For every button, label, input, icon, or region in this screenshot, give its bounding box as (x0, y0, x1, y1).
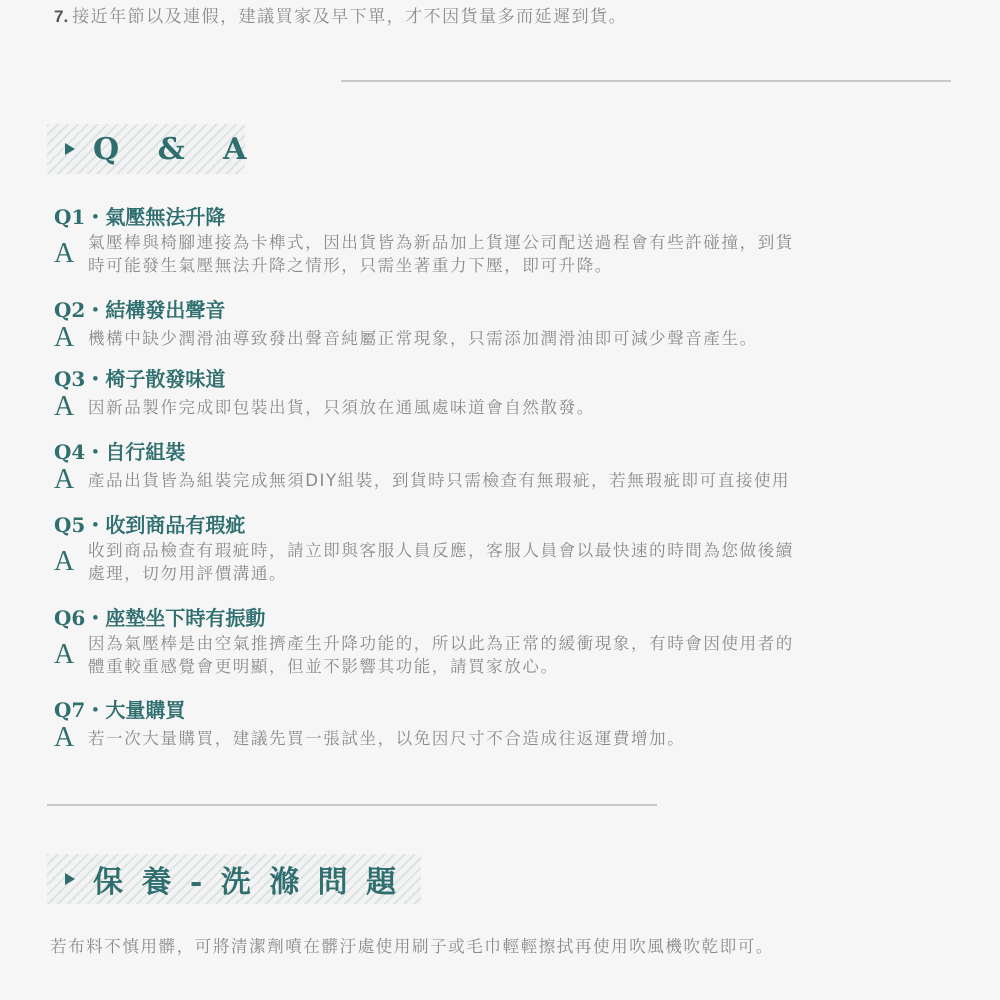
question: Q2・結構發出聲音 (54, 296, 974, 324)
question: Q3・椅子散發味道 (54, 365, 974, 393)
note-text: 接近年節以及連假，建議買家及早下單，才不因貨量多而延遲到貨。 (72, 7, 627, 27)
answer: A 因為氣壓棒是由空氣推擠產生升降功能的，所以此為正常的緩衝現象，有時會因使用者… (54, 632, 974, 678)
top-note: 7.接近年節以及連假，建議買家及早下單，才不因貨量多而延遲到貨。 (54, 2, 627, 27)
qa-item-4: Q4・自行組裝 A 產品出貨皆為組裝完成無須DIY組裝，到貨時只需檢查有無瑕疵，… (54, 438, 974, 494)
question: Q5・收到商品有瑕疵 (54, 511, 974, 539)
qa-title: Q & A (93, 132, 260, 167)
answer-label: A (54, 548, 88, 576)
answer-label: A (54, 240, 88, 268)
question: Q4・自行組裝 (54, 438, 974, 466)
question: Q6・座墊坐下時有振動 (54, 604, 974, 632)
answer-label: A (54, 466, 88, 494)
qa-item-5: Q5・收到商品有瑕疵 A 收到商品檢查有瑕疵時，請立即與客服人員反應，客服人員會… (54, 511, 974, 585)
answer-text: 因新品製作完成即包裝出貨，只須放在通風處味道會自然散發。 (88, 396, 595, 419)
answer-text: 機構中缺少潤滑油導致發出聲音純屬正常現象，只需添加潤滑油即可減少聲音產生。 (88, 327, 758, 350)
qa-item-2: Q2・結構發出聲音 A 機構中缺少潤滑油導致發出聲音純屬正常現象，只需添加潤滑油… (54, 296, 974, 352)
qa-banner: Q & A (47, 124, 245, 174)
answer-text: 因為氣壓棒是由空氣推擠產生升降功能的，所以此為正常的緩衝現象，有時會因使用者的 … (88, 632, 794, 678)
divider-middle (47, 804, 657, 806)
qa-item-3: Q3・椅子散發味道 A 因新品製作完成即包裝出貨，只須放在通風處味道會自然散發。 (54, 365, 974, 421)
note-number: 7. (54, 7, 68, 26)
answer: A 產品出貨皆為組裝完成無須DIY組裝，到貨時只需檢查有無瑕疵，若無瑕疵即可直接… (54, 466, 974, 494)
answer: A 若一次大量購買，建議先買一張試坐，以免因尺寸不合造成往返運費增加。 (54, 724, 974, 752)
qa-item-7: Q7・大量購買 A 若一次大量購買，建議先買一張試坐，以免因尺寸不合造成往返運費… (54, 696, 974, 752)
question: Q7・大量購買 (54, 696, 974, 724)
answer-label: A (54, 324, 88, 352)
answer: A 收到商品檢查有瑕疵時，請立即與客服人員反應，客服人員會以最快速的時間為您做後… (54, 539, 974, 585)
divider-top (341, 80, 951, 82)
answer-label: A (54, 724, 88, 752)
care-banner: 保 養 - 洗 滌 問 題 (47, 854, 421, 904)
answer-text: 收到商品檢查有瑕疵時，請立即與客服人員反應，客服人員會以最快速的時間為您做後續 … (88, 539, 794, 585)
triangle-right-icon (65, 143, 75, 155)
answer-text: 產品出貨皆為組裝完成無須DIY組裝，到貨時只需檢查有無瑕疵，若無瑕疵即可直接使用 (88, 469, 790, 492)
care-title: 保 養 - 洗 滌 問 題 (93, 857, 400, 901)
answer-text: 若一次大量購買，建議先買一張試坐，以免因尺寸不合造成往返運費增加。 (88, 727, 685, 750)
answer-text: 氣壓棒與椅腳連接為卡榫式，因出貨皆為新品加上貨運公司配送過程會有些許碰撞，到貨 … (88, 231, 794, 277)
answer-label: A (54, 641, 88, 669)
care-text: 若布料不慎用髒，可將清潔劑噴在髒汙處使用刷子或毛巾輕輕擦拭再使用吹風機吹乾即可。 (50, 933, 774, 957)
answer: A 因新品製作完成即包裝出貨，只須放在通風處味道會自然散發。 (54, 393, 974, 421)
question: Q1・氣壓無法升降 (54, 203, 974, 231)
triangle-right-icon (65, 873, 75, 885)
answer: A 機構中缺少潤滑油導致發出聲音純屬正常現象，只需添加潤滑油即可減少聲音產生。 (54, 324, 974, 352)
qa-item-6: Q6・座墊坐下時有振動 A 因為氣壓棒是由空氣推擠產生升降功能的，所以此為正常的… (54, 604, 974, 678)
answer: A 氣壓棒與椅腳連接為卡榫式，因出貨皆為新品加上貨運公司配送過程會有些許碰撞，到… (54, 231, 974, 277)
qa-item-1: Q1・氣壓無法升降 A 氣壓棒與椅腳連接為卡榫式，因出貨皆為新品加上貨運公司配送… (54, 203, 974, 277)
answer-label: A (54, 393, 88, 421)
